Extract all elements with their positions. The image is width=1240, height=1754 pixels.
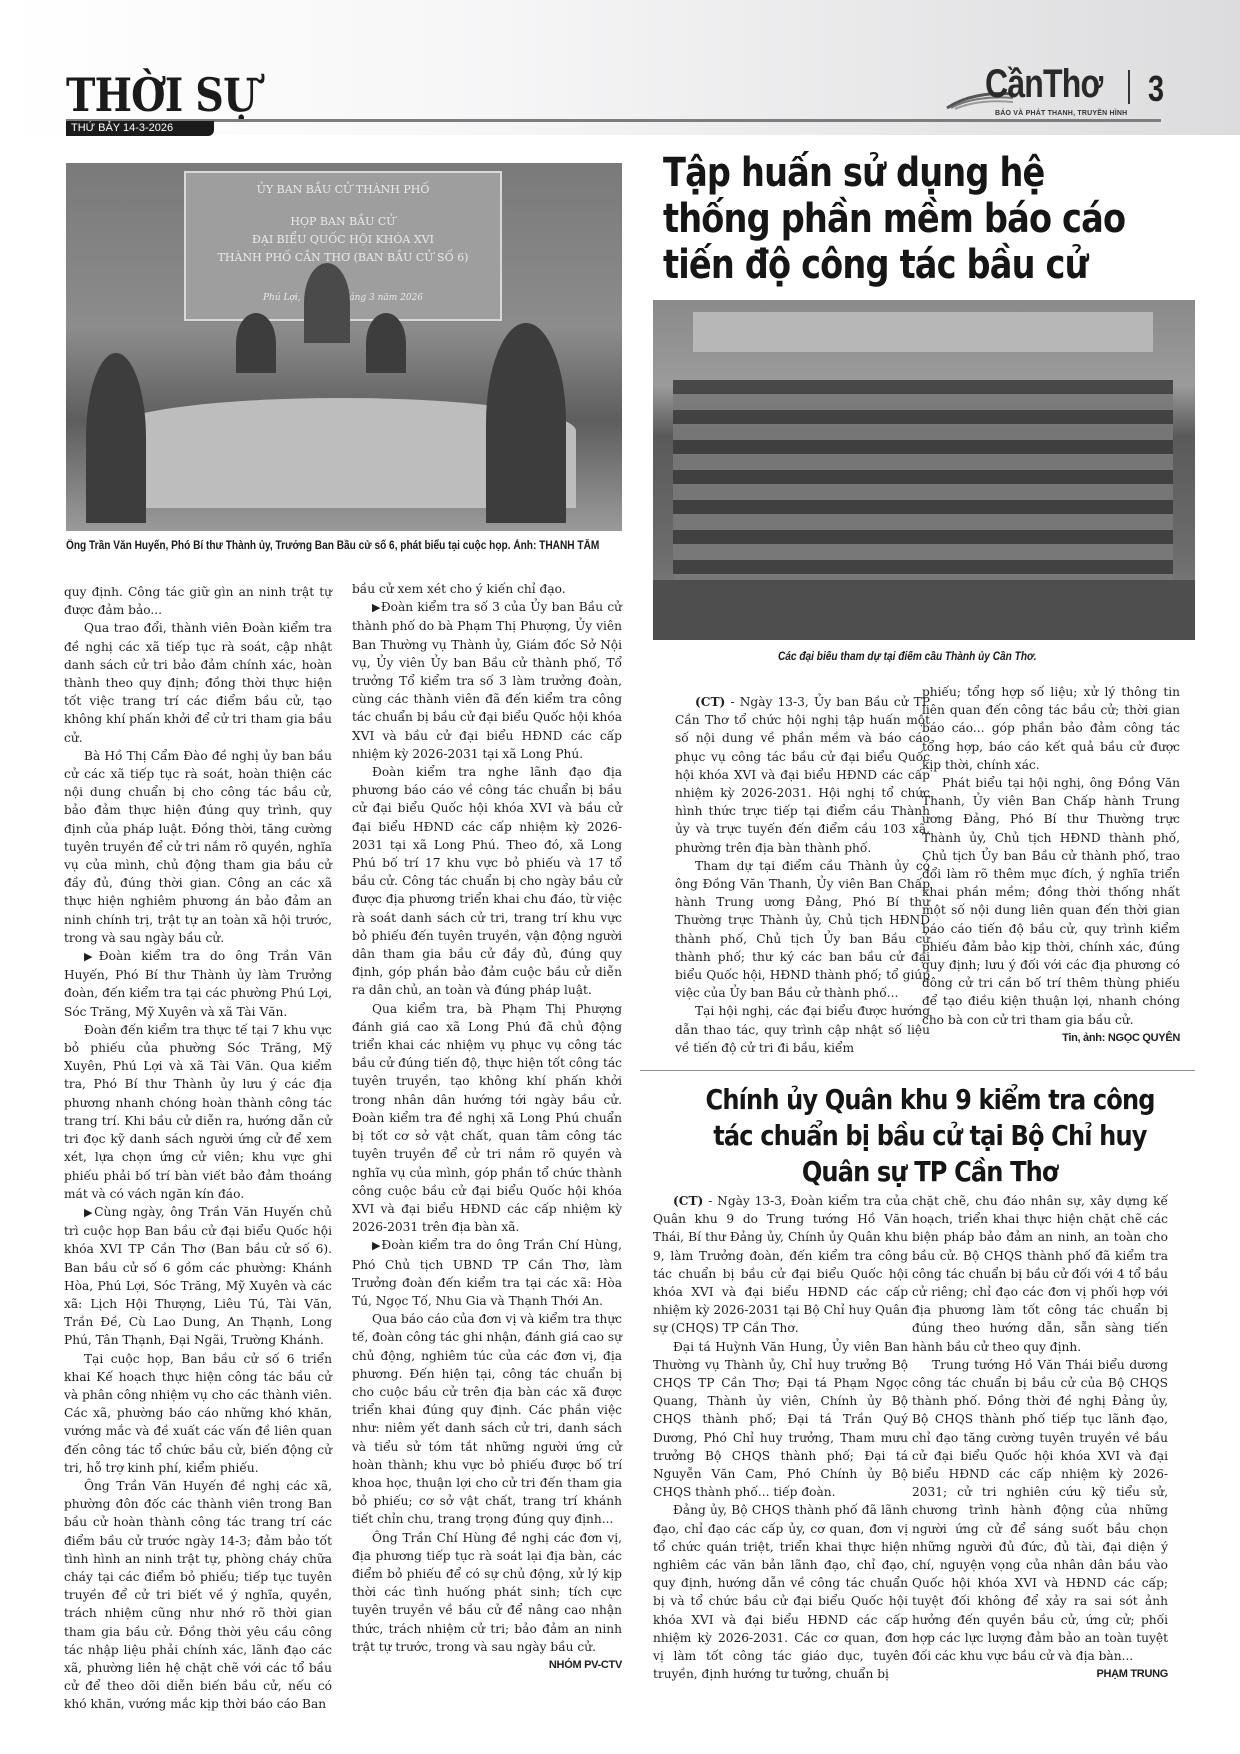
byline: PHẠM TRUNG: [912, 1665, 1168, 1683]
backdrop-text: THÀNH PHỐ CẦN THƠ (BAN BẦU CỬ SỐ 6): [186, 251, 500, 264]
paragraph: chặt chẽ, chu đáo nhân sự, xây dựng kế h…: [912, 1192, 1168, 1356]
article-2-column-2: chặt chẽ, chu đáo nhân sự, xây dựng kế h…: [912, 1192, 1168, 1683]
article-1-column-2: phiếu; tổng hợp số liệu; xử lý thông tin…: [922, 683, 1180, 1047]
paragraph: Đảng ủy, Bộ CHQS thành phố đã lãnh đạo, …: [653, 1501, 908, 1683]
paragraph: Phát biểu tại hội nghị, ông Đồng Văn Tha…: [922, 774, 1180, 1029]
bullet-icon: ▶: [372, 601, 381, 614]
issue-date: THỨ BẢY 14-3-2026: [66, 121, 214, 136]
article-separator: [640, 1070, 1195, 1071]
page-number: 3: [1148, 68, 1164, 110]
paragraph: Tại hội nghị, các đại biểu được hướng dẫ…: [675, 1002, 930, 1057]
paragraph: Đoàn kiểm tra nghe lãnh đạo địa phương b…: [352, 763, 622, 1000]
byline: Tin, ảnh: NGỌC QUYÊN: [922, 1029, 1180, 1047]
paragraph-bulleted: ▶Đoàn kiểm tra do ông Trần Chí Hùng, Phó…: [352, 1236, 622, 1310]
paragraph: quy định. Công tác giữ gìn an ninh trật …: [64, 583, 332, 619]
paragraph-lead: (CT) - Ngày 13-3, Ủy ban Bầu cử TP Cần T…: [675, 693, 930, 857]
attendee-figure: [86, 353, 146, 523]
lead-tag: (CT): [695, 695, 725, 709]
paragraph: Đoàn đến kiểm tra thực tế tại 7 khu vực …: [64, 1021, 332, 1203]
paragraph-bulleted: ▶Đoàn kiểm tra số 3 của Ủy ban Bầu cử th…: [352, 598, 622, 763]
backdrop-text: HỌP BAN BẦU CỬ: [186, 215, 500, 228]
paragraph: Qua trao đổi, thành viên Đoàn kiểm tra đ…: [64, 619, 332, 746]
paragraph: Trung tướng Hồ Văn Thái biểu dương công …: [912, 1356, 1168, 1665]
paragraph: Ông Trần Chí Hùng đề nghị các đơn vị, đị…: [352, 1529, 622, 1656]
photo-caption: Ông Trần Văn Huyến, Phó Bí thư Thành ủy,…: [66, 540, 599, 552]
paragraph: bầu cử xem xét cho ý kiến chỉ đạo.: [352, 580, 622, 598]
conference-photo: [653, 300, 1195, 640]
article-1-column-1: (CT) - Ngày 13-3, Ủy ban Bầu cử TP Cần T…: [675, 693, 930, 1057]
logo-subtitle: BÁO VÀ PHÁT THANH, TRUYỀN HÌNH: [995, 110, 1127, 117]
lead-tag: (CT): [673, 1194, 703, 1208]
section-title: THỜI SỰ: [66, 68, 257, 122]
article-1-headline: Tập huấn sử dụng hệ thống phần mềm báo c…: [663, 150, 1142, 288]
logo-divider: [1128, 70, 1130, 104]
logo-wordmark: CầnThơ: [985, 62, 1103, 106]
bullet-icon: ▶: [84, 950, 99, 963]
newspaper-logo: CầnThơ BÁO VÀ PHÁT THANH, TRUYỀN HÌNH: [945, 62, 1125, 122]
attendee-figure: [486, 323, 566, 523]
left-article-column-1: quy định. Công tác giữ gìn an ninh trật …: [64, 583, 332, 1714]
backdrop-text: ỦY BAN BẦU CỬ THÀNH PHỐ: [186, 183, 500, 196]
paragraph: Tại cuộc họp, Ban bầu cử số 6 triển khai…: [64, 1350, 332, 1477]
paragraph: Qua báo cáo của đơn vị và kiểm tra thực …: [352, 1310, 622, 1528]
paragraph: Bà Hồ Thị Cẩm Đào đề nghị ủy ban bầu cử …: [64, 747, 332, 947]
speaker-figure: [304, 263, 350, 343]
left-article-column-2: bầu cử xem xét cho ý kiến chỉ đạo. ▶Đoàn…: [352, 580, 622, 1674]
photo-desk: [653, 580, 1195, 640]
byline: NHÓM PV-CTV: [352, 1656, 622, 1674]
photo-attendee-rows: [673, 380, 1173, 580]
paragraph: Qua kiểm tra, bà Phạm Thị Phượng đánh gi…: [352, 1000, 622, 1237]
paragraph: phiếu; tổng hợp số liệu; xử lý thông tin…: [922, 683, 1180, 774]
meeting-photo: ỦY BAN BẦU CỬ THÀNH PHỐ HỌP BAN BẦU CỬ Đ…: [66, 163, 622, 531]
paragraph: Ông Trần Văn Huyến đề nghị các xã, phườn…: [64, 1477, 332, 1714]
headline-line: tác chuẩn bị bầu cử tại Bộ Chỉ huy: [713, 1118, 1146, 1154]
attendee-figure: [366, 313, 406, 373]
photo-caption: Các đại biểu tham dự tại điểm cầu Thành …: [778, 651, 1037, 663]
backdrop-text: ĐẠI BIỂU QUỐC HỘI KHÓA XVI: [186, 233, 500, 246]
paragraph-bulleted: ▶Đoàn kiểm tra do ông Trần Văn Huyến, Ph…: [64, 947, 332, 1021]
paragraph-bulleted: ▶Cùng ngày, ông Trần Văn Huyến chủ trì c…: [64, 1203, 332, 1350]
attendee-figure: [236, 313, 276, 373]
bullet-icon: ▶: [372, 1239, 381, 1252]
headline-line: Chính ủy Quân khu 9 kiểm tra công: [705, 1082, 1154, 1118]
paragraph: Đại tá Huỳnh Văn Hung, Ủy viên Ban Thườn…: [653, 1338, 908, 1502]
bullet-icon: ▶: [84, 1206, 94, 1219]
paragraph-lead: (CT) - Ngày 13-3, Đoàn kiểm tra của Quân…: [653, 1192, 908, 1338]
article-2-headline: Chính ủy Quân khu 9 kiểm tra công tác ch…: [640, 1082, 1220, 1190]
headline-line: Quân sự TP Cần Thơ: [802, 1154, 1058, 1190]
paragraph: Tham dự tại điểm cầu Thành ủy có ông Đồn…: [675, 857, 930, 1003]
article-2-column-1: (CT) - Ngày 13-3, Đoàn kiểm tra của Quân…: [653, 1192, 908, 1683]
photo-screen-band: [693, 312, 1153, 352]
